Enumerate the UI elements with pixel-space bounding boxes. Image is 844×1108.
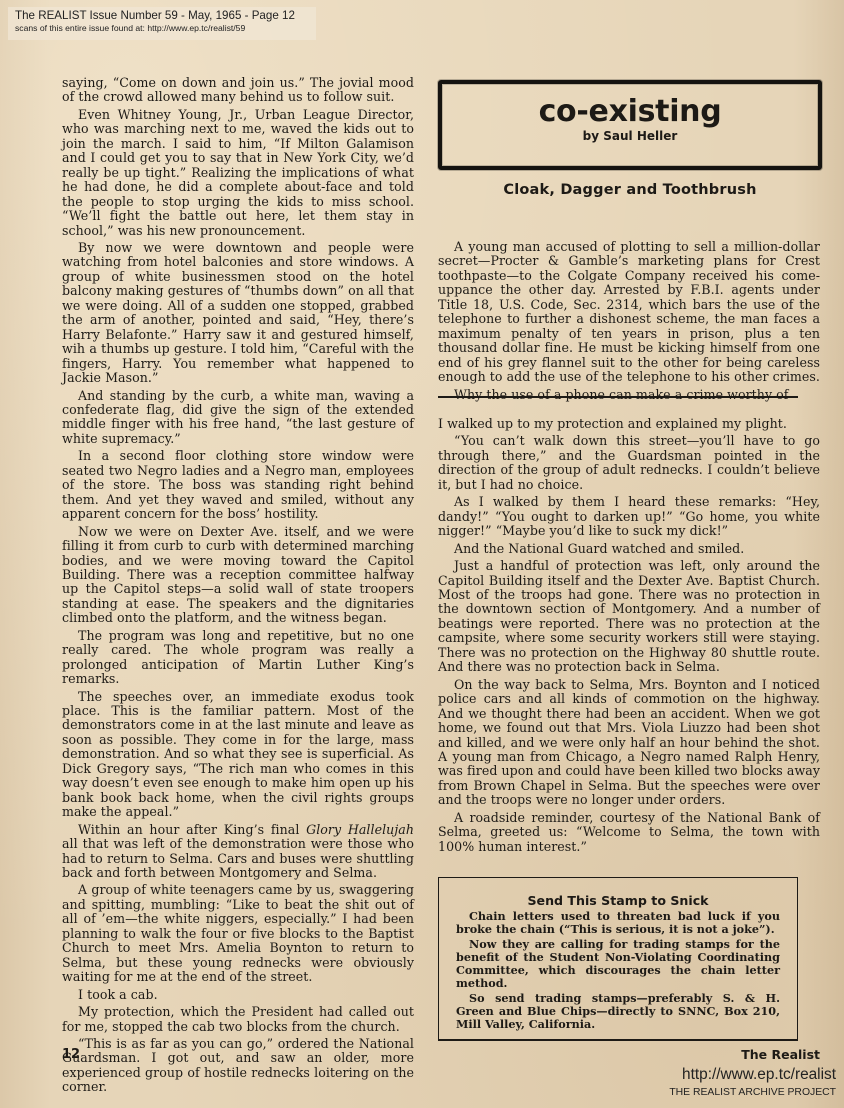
right-article-column: I walked up to my protection and explain…	[438, 417, 820, 857]
section-divider	[438, 396, 798, 398]
paragraph: The speeches over, an immediate exodus t…	[62, 690, 414, 820]
paragraph: “This is as far as you can go,” ordered …	[62, 1037, 414, 1095]
paragraph: By now we were downtown and people were …	[62, 241, 414, 386]
paragraph: Within an hour after King’s final Glory …	[62, 823, 414, 881]
paragraph-text: Within an hour after King’s final	[78, 822, 306, 837]
paragraph: And the National Guard watched and smile…	[438, 542, 820, 556]
left-article-column: saying, “Come on down and join us.” The …	[62, 76, 414, 1098]
archive-project-label: THE REALIST ARCHIVE PROJECT	[620, 1087, 836, 1098]
paragraph: Why the use of a phone can make a crime …	[438, 388, 820, 402]
paragraph: Even Whitney Young, Jr., Urban League Di…	[62, 108, 414, 238]
paragraph: Chain letters used to threaten bad luck …	[456, 910, 780, 936]
archive-url[interactable]: http://www.ep.tc/realist	[640, 1066, 836, 1084]
paragraph: A group of white teenagers came by us, s…	[62, 883, 414, 984]
column-title-box: co-existing by Saul Heller	[438, 80, 822, 170]
paragraph: A young man accused of plotting to sell …	[438, 240, 820, 385]
paragraph: On the way back to Selma, Mrs. Boynton a…	[438, 678, 820, 808]
paragraph: In a second floor clothing store window …	[62, 449, 414, 521]
archive-title: The REALIST Issue Number 59 - May, 1965 …	[15, 9, 310, 23]
paragraph: Now we were on Dexter Ave. itself, and w…	[62, 525, 414, 626]
column-title: co-existing	[442, 95, 818, 129]
paragraph-text: all that was left of the demonstration w…	[62, 836, 414, 880]
paragraph: My protection, which the President had c…	[62, 1005, 414, 1034]
archive-header: The REALIST Issue Number 59 - May, 1965 …	[8, 7, 316, 40]
paragraph: Now they are calling for trading stamps …	[456, 938, 780, 990]
song-title: Glory Hallelujah	[306, 822, 414, 837]
paragraph: A roadside reminder, courtesy of the Nat…	[438, 811, 820, 854]
paragraph: Just a handful of protection was left, o…	[438, 559, 820, 675]
sidebar-body: Chain letters used to threaten bad luck …	[456, 910, 780, 1033]
archive-subtitle: scans of this entire issue found at: htt…	[15, 23, 310, 34]
paragraph: So send trading stamps—preferably S. & H…	[456, 992, 780, 1031]
page-number: 12	[62, 1047, 80, 1062]
paragraph: The program was long and repetitive, but…	[62, 629, 414, 687]
column-byline: by Saul Heller	[442, 129, 818, 144]
sidebar-title: Send This Stamp to Snick	[438, 893, 798, 908]
magazine-name: The Realist	[700, 1047, 820, 1062]
paragraph: “You can’t walk down this street—you’ll …	[438, 434, 820, 492]
column-headline: Cloak, Dagger and Toothbrush	[438, 182, 822, 198]
paragraph: I walked up to my protection and explain…	[438, 417, 820, 431]
paragraph: And standing by the curb, a white man, w…	[62, 389, 414, 447]
paragraph: As I walked by them I heard these remark…	[438, 495, 820, 538]
paragraph: saying, “Come on down and join us.” The …	[62, 76, 414, 105]
paragraph: I took a cab.	[62, 988, 414, 1002]
column-article-body: A young man accused of plotting to sell …	[438, 240, 820, 402]
